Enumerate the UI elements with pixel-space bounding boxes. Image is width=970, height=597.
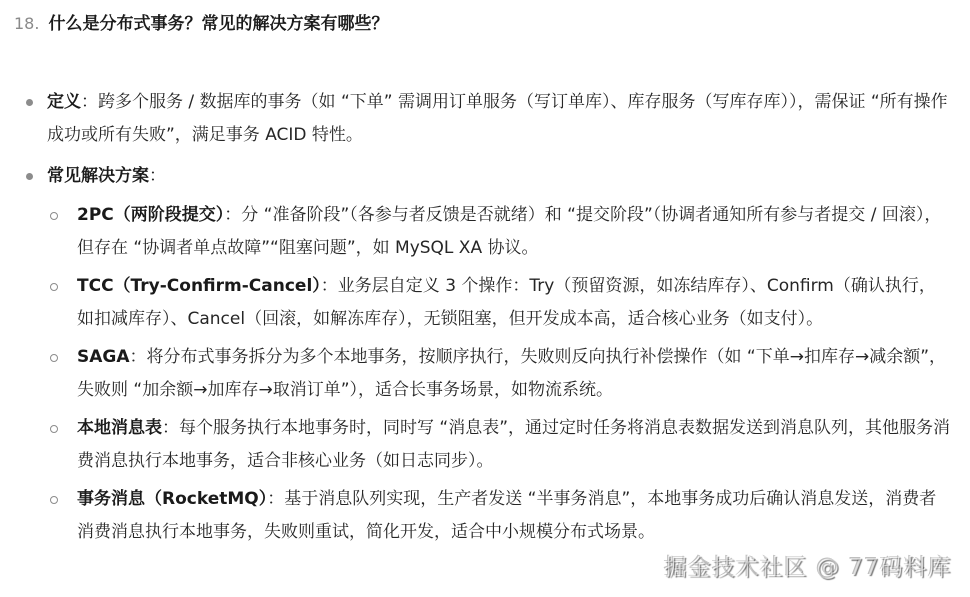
bullet-circle-icon [50,354,58,362]
subitem-separator: ： [162,418,179,438]
bullet-circle-icon [50,283,58,291]
subitem-term: 本地消息表 [77,418,162,438]
bullet-circle-icon [50,496,58,504]
item-term: 常见解决方案 [47,166,149,186]
list-item-definition: 定义：跨多个服务 / 数据库的事务（如 “下单” 需调用订单服务（写订单库）、库… [0,86,970,152]
item-text: 跨多个服务 / 数据库的事务（如 “下单” 需调用订单服务（写订单库）、库存服务… [47,92,948,145]
sublist-item-2pc: 2PC（两阶段提交）：分 “准备阶段”（各参与者反馈是否就绪）和 “提交阶段”（… [0,199,960,265]
bullet-circle-icon [50,425,58,433]
item-separator: ： [149,166,166,186]
bullet-dot-icon [26,99,33,106]
answer-list: 定义：跨多个服务 / 数据库的事务（如 “下单” 需调用订单服务（写订单库）、库… [0,86,970,557]
watermark: 掘金技术社区 @ 77码料库 [664,549,952,582]
subitem-text: 每个服务执行本地事务时，同时写 “消息表”，通过定时任务将消息表数据发送到消息队… [77,418,950,471]
subitem-term: TCC（Try-Confirm-Cancel） [77,276,321,296]
sublist-item-local-message-table: 本地消息表：每个服务执行本地事务时，同时写 “消息表”，通过定时任务将消息表数据… [0,412,960,478]
bullet-circle-icon [50,212,58,220]
subitem-term: 事务消息（RocketMQ） [77,489,267,509]
subitem-separator: ： [224,205,241,225]
question-title: 什么是分布式事务？常见的解决方案有哪些？ [48,9,388,34]
sublist-item-transaction-message: 事务消息（RocketMQ）：基于消息队列实现，生产者发送 “半事务消息”，本地… [0,483,960,549]
subitem-separator: ： [267,489,284,509]
question-heading: 18. 什么是分布式事务？常见的解决方案有哪些？ [14,9,388,34]
subitem-term: SAGA [77,347,130,367]
bullet-dot-icon [26,173,33,180]
subitem-separator: ： [321,276,338,296]
solutions-sublist: 2PC（两阶段提交）：分 “准备阶段”（各参与者反馈是否就绪）和 “提交阶段”（… [47,199,960,549]
subitem-term: 2PC（两阶段提交） [77,205,224,225]
list-item-solutions: 常见解决方案： 2PC（两阶段提交）：分 “准备阶段”（各参与者反馈是否就绪）和… [0,160,970,549]
subitem-text: 将分布式事务拆分为多个本地事务，按顺序执行，失败则反向执行补偿操作（如 “下单→… [77,347,946,400]
item-separator: ： [81,92,98,112]
subitem-separator: ： [130,347,147,367]
question-number: 18. [14,14,39,33]
sublist-item-saga: SAGA：将分布式事务拆分为多个本地事务，按顺序执行，失败则反向执行补偿操作（如… [0,341,960,407]
sublist-item-tcc: TCC（Try-Confirm-Cancel）：业务层自定义 3 个操作：Try… [0,270,960,336]
item-term: 定义 [47,92,81,112]
